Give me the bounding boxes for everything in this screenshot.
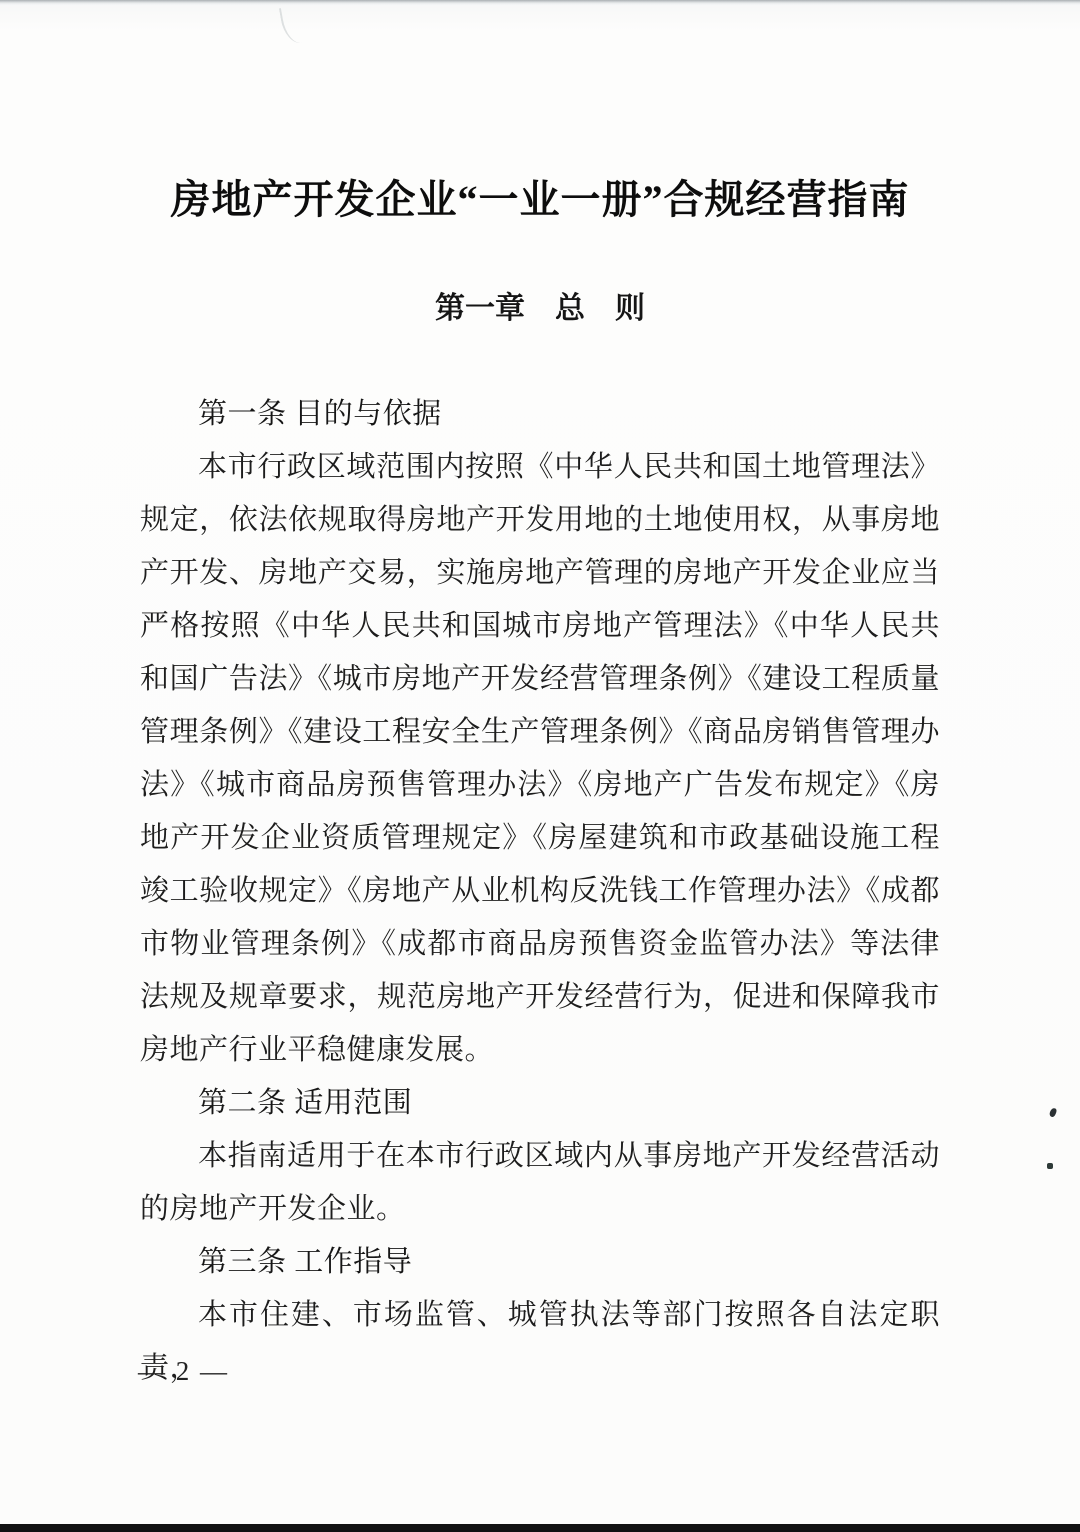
- scanned-document-page: 房地产开发企业“一业一册”合规经营指南 第一章 总 则 第一条 目的与依据 本市…: [0, 0, 1080, 1532]
- article-2: 第二条 适用范围 本指南适用于在本市行政区域内从事房地产开发经营活动的房地产开发…: [140, 1077, 940, 1236]
- scan-crease-mark: [279, 4, 309, 46]
- article-2-heading: 第二条 适用范围: [140, 1077, 940, 1130]
- article-3: 第三条 工作指导 本市住建、市场监管、城管执法等部门按照各自法定职责，: [140, 1236, 940, 1395]
- scan-top-edge: [0, 0, 1080, 5]
- scan-speck: [1047, 1163, 1053, 1169]
- chapter-heading: 第一章 总 则: [0, 291, 1080, 327]
- article-1-heading: 第一条 目的与依据: [140, 388, 940, 441]
- scan-bottom-edge: [0, 1524, 1080, 1532]
- article-1: 第一条 目的与依据 本市行政区域范围内按照《中华人民共和国土地管理法》规定，依法…: [140, 388, 940, 1077]
- document-title: 房地产开发企业“一业一册”合规经营指南: [0, 176, 1080, 224]
- document-body: 第一条 目的与依据 本市行政区域范围内按照《中华人民共和国土地管理法》规定，依法…: [140, 388, 940, 1395]
- page-number: — 2 —: [138, 1356, 229, 1387]
- scan-speck: [1049, 1107, 1058, 1118]
- article-3-body: 本市住建、市场监管、城管执法等部门按照各自法定职责，: [140, 1289, 940, 1395]
- article-3-heading: 第三条 工作指导: [140, 1236, 940, 1289]
- article-2-body: 本指南适用于在本市行政区域内从事房地产开发经营活动的房地产开发企业。: [140, 1130, 940, 1236]
- article-1-body: 本市行政区域范围内按照《中华人民共和国土地管理法》规定，依法依规取得房地产开发用…: [140, 441, 940, 1077]
